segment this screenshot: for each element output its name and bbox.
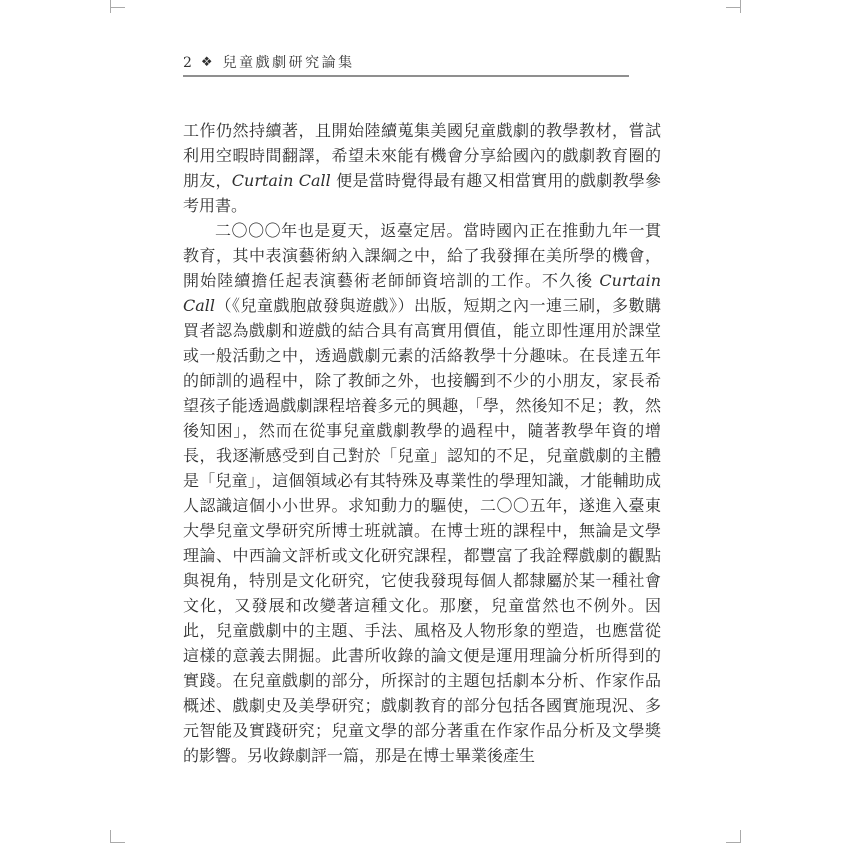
text-run: （《兒童戲胞啟發與遊戲》）出版，短期之內一連三刷，多數購買者認為戲劇和遊戲的結合… [183,296,661,765]
text-run: 二〇〇〇年也是夏天，返臺定居。當時國內正在推動九年一貫教育，其中表演藝術納入課綱… [183,221,661,290]
book-title: 兒童戲劇研究論集 [223,52,355,72]
crop-mark-bottom-right [726,842,741,843]
crop-mark-bottom-left [110,842,125,843]
paragraph: 工作仍然持續著，且開始陸續蒐集美國兒童戲劇的教學教材，嘗試利用空暇時間翻譯，希望… [183,118,661,218]
crop-mark-top-right [726,7,741,8]
body-text: 工作仍然持續著，且開始陸續蒐集美國兒童戲劇的教學教材，嘗試利用空暇時間翻譯，希望… [183,118,661,768]
running-head: 2❖兒童戲劇研究論集 [183,52,661,74]
crop-mark-top-left [110,7,125,8]
italic-text-run: Curtain Call [232,171,331,190]
paragraph: 二〇〇〇年也是夏天，返臺定居。當時國內正在推動九年一貫教育，其中表演藝術納入課綱… [183,218,661,768]
header-rule [183,75,629,77]
page-number: 2 [183,55,192,71]
book-page-scan: 2❖兒童戲劇研究論集 工作仍然持續著，且開始陸續蒐集美國兒童戲劇的教學教材，嘗試… [0,0,850,850]
diamond-ornament-icon: ❖ [201,55,213,70]
